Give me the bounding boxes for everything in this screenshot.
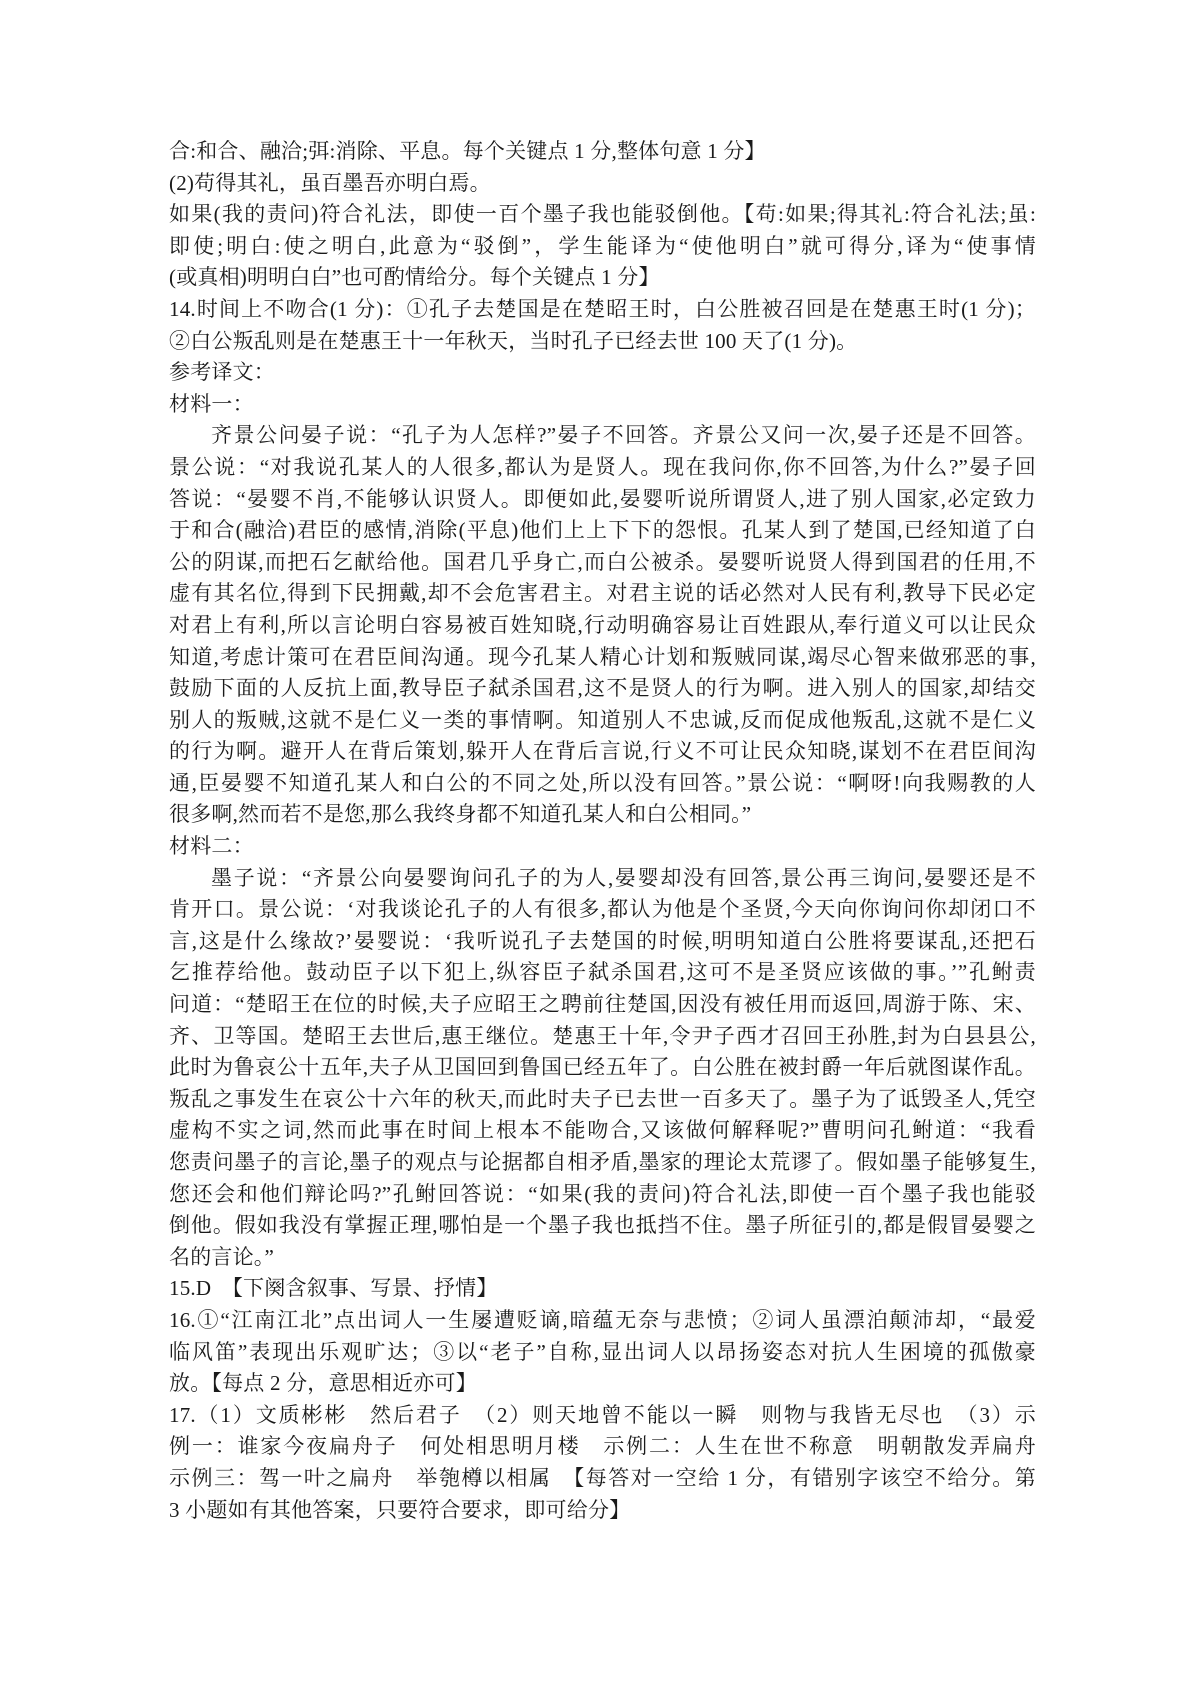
text-line: 17.（1）文质彬彬 然后君子 （2）则天地曾不能以一瞬 则物与我皆无尽也 （3… (169, 1400, 1036, 1432)
text-line: 鼓励下面的人反抗上面,教导臣子弑杀国君,这不是贤人的行为啊。进入别人的国家,却结… (169, 673, 1036, 705)
text-line: 即使;明白:使之明白,此意为“驳倒”，学生能译为“使他明白”就可得分,译为“使事… (169, 231, 1036, 263)
text-line: 齐景公问晏子说：“孔子为人怎样?”晏子不回答。齐景公又问一次,晏子还是不回答。 (169, 420, 1036, 452)
text-line: 15.D 【下阕含叙事、写景、抒情】 (169, 1273, 1036, 1305)
text-line: 名的言论。” (169, 1242, 1036, 1274)
text-line: 参考译文： (169, 357, 1036, 389)
text-line: 对君上有利,所以言论明白容易被百姓知晓,行动明确容易让百姓跟从,奉行道义可以让民… (169, 610, 1036, 642)
text-line: 合:和合、融洽;弭:消除、平息。每个关键点 1 分,整体句意 1 分】 (169, 136, 1036, 168)
text-line: 肯开口。景公说：‘对我谈论孔子的人有很多,都认为他是个圣贤,今天向你询问你却闭口… (169, 894, 1036, 926)
text-line: 公的阴谋,而把石乞献给他。国君几乎身亡,而白公被杀。晏婴听说贤人得到国君的任用,… (169, 547, 1036, 579)
text-line: 很多啊,然而若不是您,那么我终身都不知道孔某人和白公相同。” (169, 799, 1036, 831)
text-line: 墨子说：“齐景公向晏婴询问孔子的为人,晏婴却没有回答,景公再三询问,晏婴还是不 (169, 863, 1036, 895)
text-line: ②白公叛乱则是在楚惠王十一年秋天，当时孔子已经去世 100 天了(1 分)。 (169, 326, 1036, 358)
text-line: 通,臣晏婴不知道孔某人和白公的不同之处,所以没有回答。”景公说：“啊呀!向我赐教… (169, 768, 1036, 800)
text-line: (或真相)明明白白”也可酌情给分。每个关键点 1 分】 (169, 262, 1036, 294)
text-line: 于和合(融洽)君臣的感情,消除(平息)他们上上下下的怨恨。孔某人到了楚国,已经知… (169, 515, 1036, 547)
text-line: 您还会和他们辩论吗?”孔鲋回答说：“如果(我的责问)符合礼法,即使一百个墨子我也… (169, 1179, 1036, 1211)
text-line: 知道,考虑计策可在君臣间沟通。现今孔某人精心计划和叛贼同谋,竭尽心智来做邪恶的事… (169, 642, 1036, 674)
text-line: 虚构不实之词,然而此事在时间上根本不能吻合,又该做何解释呢?”曹明问孔鲋道：“我… (169, 1115, 1036, 1147)
text-line: 言,这是什么缘故?’晏婴说：‘我听说孔子去楚国的时候,明明知道白公胜将要谋乱,还… (169, 926, 1036, 958)
text-line: 示例三：驾一叶之扁舟 举匏樽以相属 【每答对一空给 1 分，有错别字该空不给分。… (169, 1463, 1036, 1495)
text-line: 别人的叛贼,这就不是仁义一类的事情啊。知道别人不忠诚,反而促成他叛乱,这就不是仁… (169, 705, 1036, 737)
text-line: 叛乱之事发生在哀公十六年的秋天,而此时夫子已去世一百多天了。墨子为了诋毁圣人,凭… (169, 1084, 1036, 1116)
text-line: 齐、卫等国。楚昭王去世后,惠王继位。楚惠王十年,令尹子西才召回王孙胜,封为白县县… (169, 1021, 1036, 1053)
text-line: 的行为啊。避开人在背后策划,躲开人在背后言说,行义不可让民众知晓,谋划不在君臣间… (169, 736, 1036, 768)
text-line: 临风笛”表现出乐观旷达；③以“老子”自称,显出词人以昂扬姿态对抗人生困境的孤傲豪 (169, 1337, 1036, 1369)
answer-key-text-block: 合:和合、融洽;弭:消除、平息。每个关键点 1 分,整体句意 1 分】(2)苟得… (169, 136, 1036, 1526)
text-line: 问道：“楚昭王在位的时候,夫子应昭王之聘前往楚国,因没有被任用而返回,周游于陈、… (169, 989, 1036, 1021)
text-line: 景公说：“对我说孔某人的人很多,都认为是贤人。现在我问你,你不回答,为什么?”晏… (169, 452, 1036, 484)
text-line: 此时为鲁哀公十五年,夫子从卫国回到鲁国已经五年了。白公胜在被封爵一年后就图谋作乱… (169, 1052, 1036, 1084)
text-line: 材料二： (169, 831, 1036, 863)
text-line: 虚有其名位,得到下民拥戴,却不会危害君主。对君主说的话必然对人民有利,教导下民必… (169, 578, 1036, 610)
text-line: (2)苟得其礼，虽百墨吾亦明白焉。 (169, 168, 1036, 200)
text-line: 如果(我的责问)符合礼法，即使一百个墨子我也能驳倒他。【苟:如果;得其礼:符合礼… (169, 199, 1036, 231)
text-line: 3 小题如有其他答案，只要符合要求，即可给分】 (169, 1495, 1036, 1527)
text-line: 答说：“晏婴不肖,不能够认识贤人。即便如此,晏婴听说所谓贤人,进了别人国家,必定… (169, 484, 1036, 516)
text-line: 14.时间上不吻合(1 分)：①孔子去楚国是在楚昭王时，白公胜被召回是在楚惠王时… (169, 294, 1036, 326)
text-line: 放。【每点 2 分，意思相近亦可】 (169, 1368, 1036, 1400)
text-line: 倒他。假如我没有掌握正理,哪怕是一个墨子我也抵挡不住。墨子所征引的,都是假冒晏婴… (169, 1210, 1036, 1242)
text-line: 乞推荐给他。鼓动臣子以下犯上,纵容臣子弑杀国君,这可不是圣贤应该做的事。’”孔鲋… (169, 957, 1036, 989)
text-line: 例一：谁家今夜扁舟子 何处相思明月楼 示例二：人生在世不称意 明朝散发弄扁舟 (169, 1431, 1036, 1463)
text-line: 材料一： (169, 389, 1036, 421)
text-line: 16.①“江南江北”点出词人一生屡遭贬谪,暗蕴无奈与悲愤；②词人虽漂泊颠沛却，“… (169, 1305, 1036, 1337)
text-line: 您责问墨子的言论,墨子的观点与论据都自相矛盾,墨家的理论太荒谬了。假如墨子能够复… (169, 1147, 1036, 1179)
document-page: 合:和合、融洽;弭:消除、平息。每个关键点 1 分,整体句意 1 分】(2)苟得… (0, 0, 1200, 1698)
